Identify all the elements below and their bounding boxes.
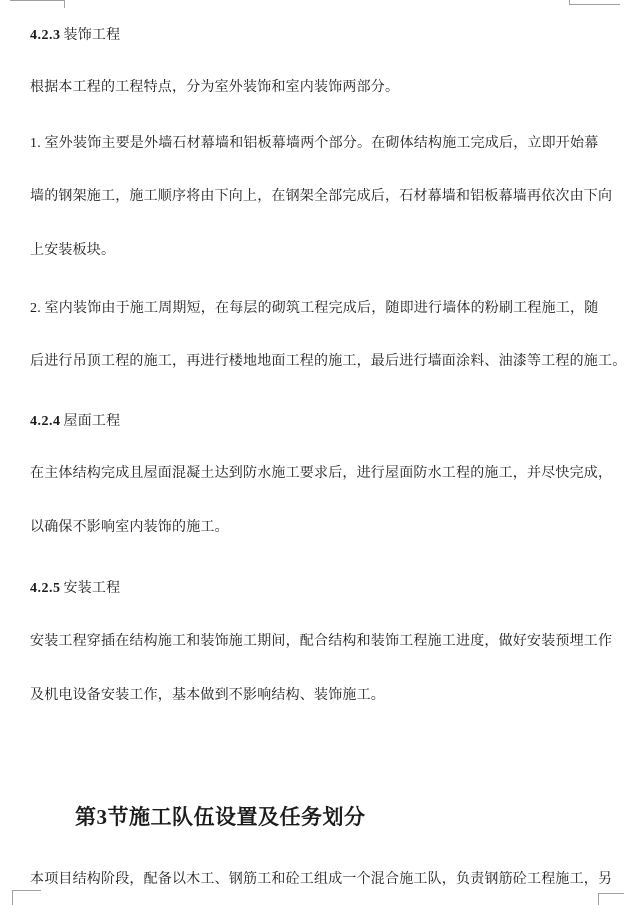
doc-heading: 4.2.5安装工程: [30, 580, 120, 598]
doc-text-line: 1. 室外装饰主要是外墙石材幕墙和铝板幕墙两个部分。在砌体结构施工完成后，立即开…: [30, 135, 597, 153]
doc-text-line: 根据本工程的工程特点，分为室外装饰和室内装饰两部分。: [30, 79, 399, 97]
doc-text-line: 安装工程穿插在结构施工和装饰施工期间，配合结构和装饰工程施工进度，做好安装预埋工…: [30, 633, 597, 651]
doc-text-line: 本项目结构阶段，配备以木工、钢筋工和砼工组成一个混合施工队，负责钢筋砼工程施工，…: [30, 871, 597, 889]
doc-text-line: 以确保不影响室内装饰的施工。: [30, 519, 229, 537]
doc-text-line: 后进行吊顶工程的施工，再进行楼地地面工程的施工，最后进行墙面涂料、油漆等工程的施…: [30, 353, 597, 371]
text-boundary-mark-bottom-right: [598, 893, 624, 905]
doc-text-line: 墙的钢架施工，施工顺序将由下向上，在钢架全部完成后，石材幕墙和铝板幕墙再依次由下…: [30, 188, 597, 206]
doc-text-line: 及机电设备安装工作，基本做到不影响结构、装饰施工。: [30, 687, 385, 705]
doc-text-line: 在主体结构完成且屋面混凝土达到防水施工要求后，进行屋面防水工程的施工，并尽快完成…: [30, 465, 597, 483]
text-boundary-mark-top-right: [569, 0, 620, 5]
doc-text-line: 上安装板块。: [30, 242, 115, 260]
doc-text-line: 2. 室内装饰由于施工周期短，在每层的砌筑工程完成后，随即进行墙体的粉刷工程施工…: [30, 300, 597, 318]
doc-heading: 第3节施工队伍设置及任务划分: [75, 804, 366, 830]
document-page: 4.2.3装饰工程根据本工程的工程特点，分为室外装饰和室内装饰两部分。1. 室外…: [0, 0, 625, 905]
doc-heading: 4.2.3装饰工程: [30, 27, 120, 45]
text-boundary-mark-bottom-left: [12, 890, 41, 905]
text-boundary-mark-top-left: [10, 0, 65, 8]
doc-heading: 4.2.4屋面工程: [30, 413, 120, 431]
